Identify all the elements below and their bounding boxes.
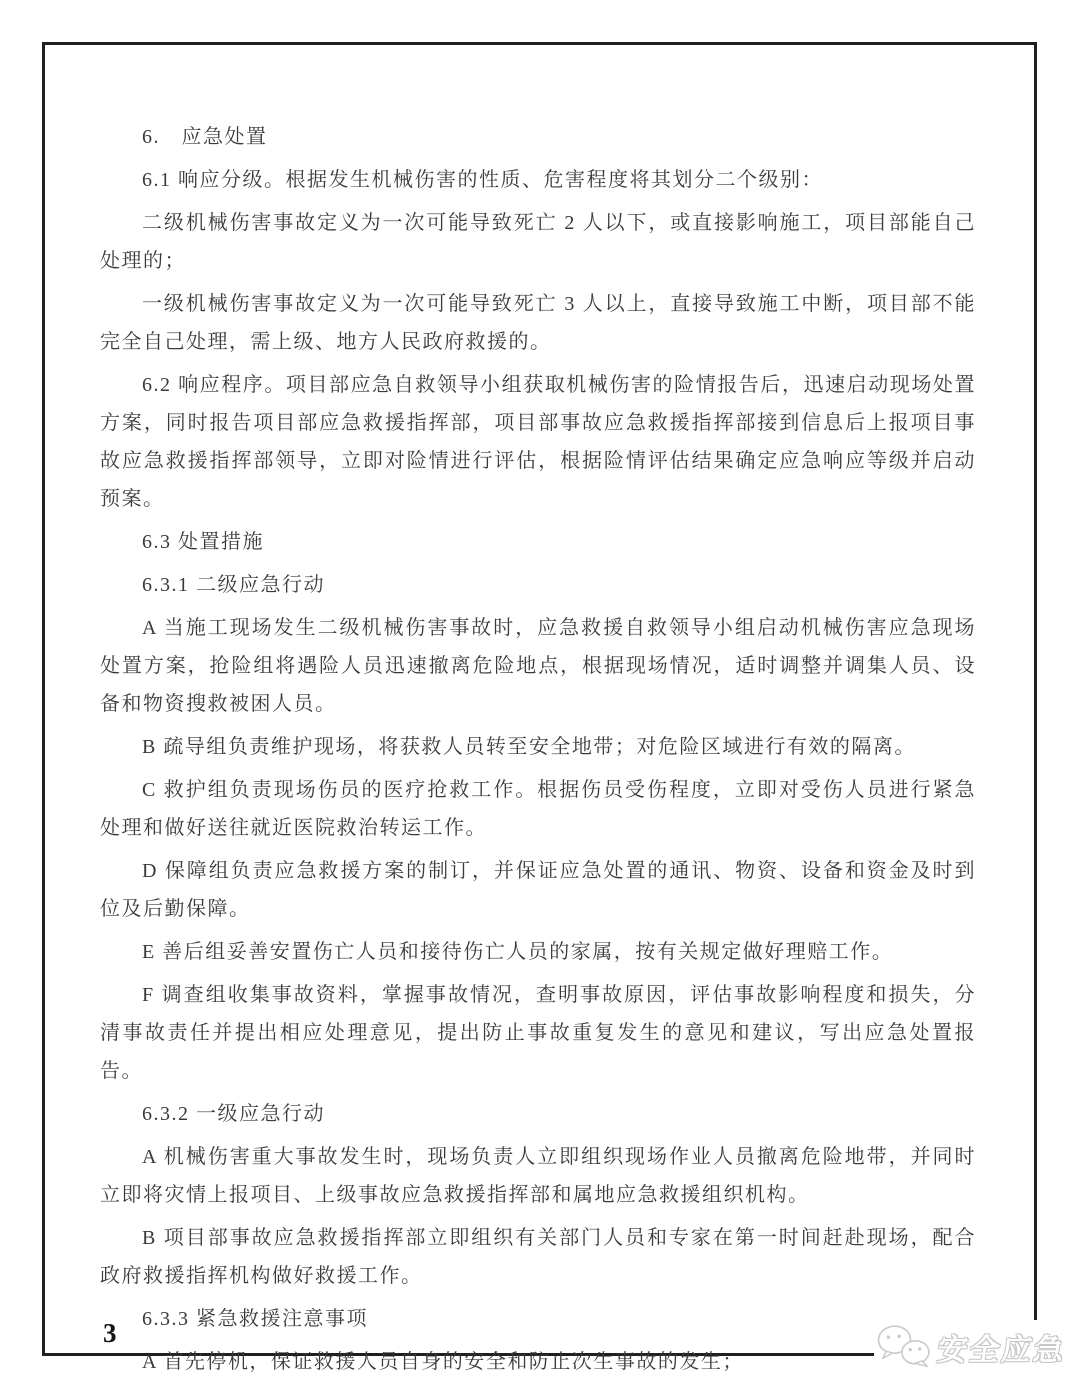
- page-number: 3: [103, 1317, 117, 1349]
- paragraph: F 调查组收集事故资料，掌握事故情况，查明事故原因，评估事故影响程度和损失，分清…: [100, 976, 976, 1090]
- paragraph: 一级机械伤害事故定义为一次可能导致死亡 3 人以上，直接导致施工中断，项目部不能…: [100, 285, 976, 361]
- paragraph: 二级机械伤害事故定义为一次可能导致死亡 2 人以下，或直接影响施工，项目部能自己…: [100, 204, 976, 280]
- scanned-document-page: 6. 应急处置 6.1 响应分级。根据发生机械伤害的性质、危害程度将其划分二个级…: [0, 0, 1080, 1397]
- section-heading: 6.3 处置措施: [100, 523, 976, 561]
- paragraph: 6.2 响应程序。项目部应急自救领导小组获取机械伤害的险情报告后，迅速启动现场处…: [100, 366, 976, 518]
- document-body: 6. 应急处置 6.1 响应分级。根据发生机械伤害的性质、危害程度将其划分二个级…: [100, 118, 976, 1386]
- watermark: 安全应急: [874, 1320, 1068, 1374]
- paragraph: A 机械伤害重大事故发生时，现场负责人立即组织现场作业人员撤离危险地带，并同时立…: [100, 1138, 976, 1214]
- section-heading: 6.3.2 一级应急行动: [100, 1095, 976, 1133]
- wechat-icon: [874, 1321, 935, 1373]
- section-heading: 6.1 响应分级。根据发生机械伤害的性质、危害程度将其划分二个级别：: [100, 161, 976, 199]
- watermark-text: 安全应急: [935, 1325, 1069, 1369]
- paragraph: D 保障组负责应急救援方案的制订，并保证应急处置的通讯、物资、设备和资金及时到位…: [100, 852, 976, 928]
- paragraph: A 当施工现场发生二级机械伤害事故时，应急救援自救领导小组启动机械伤害应急现场处…: [100, 609, 976, 723]
- paragraph: C 救护组负责现场伤员的医疗抢救工作。根据伤员受伤程度，立即对受伤人员进行紧急处…: [100, 771, 976, 847]
- section-heading: 6.3.1 二级应急行动: [100, 566, 976, 604]
- section-heading: 6.3.3 紧急救援注意事项: [100, 1300, 976, 1338]
- paragraph: B 疏导组负责维护现场，将获救人员转至安全地带；对危险区域进行有效的隔离。: [100, 728, 976, 766]
- paragraph: B 项目部事故应急救援指挥部立即组织有关部门人员和专家在第一时间赶赴现场，配合政…: [100, 1219, 976, 1295]
- section-heading: 6. 应急处置: [100, 118, 976, 156]
- paragraph: A 首先停机，保证救援人员自身的安全和防止次生事故的发生；: [100, 1343, 976, 1381]
- paragraph: E 善后组妥善安置伤亡人员和接待伤亡人员的家属，按有关规定做好理赔工作。: [100, 933, 976, 971]
